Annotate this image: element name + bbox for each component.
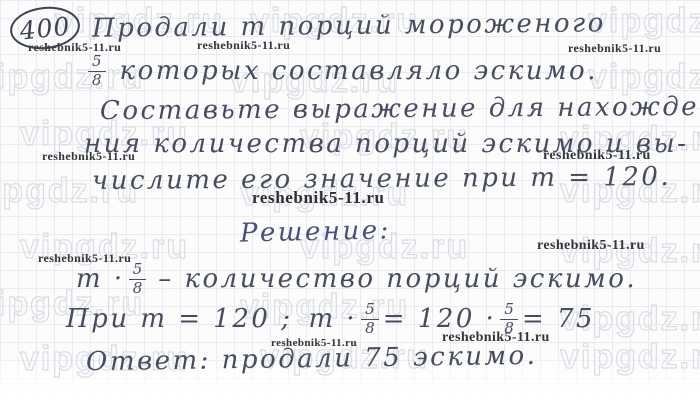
fraction-numerator: 5 [500,302,518,320]
solution-heading: Решение: [240,216,391,248]
calc-mid2: = 120 · [383,305,497,334]
calc-fraction-2: 5 8 [500,302,518,337]
calc-mid1: m · [308,305,357,334]
fraction-denominator: 8 [88,72,106,89]
problem-line-5: числите его значение при m = 120. [92,163,671,196]
site-watermark: reshebnik5-11.ru [537,238,645,254]
vipgdz-watermark: vipgdz.ru [560,338,700,377]
fraction-denominator: 8 [500,320,518,337]
problem-line-3: Составьте выражение для нахожде- [100,93,700,126]
expr-fraction: 5 8 [129,262,147,297]
fraction-numerator: 5 [129,262,147,280]
fraction-numerator: 5 [88,54,106,72]
problem-line-4: ния количества порций эскимо и вы- [84,130,688,159]
calc-result: = 75 [522,305,595,334]
calc-lead: При m = 120 ; [66,305,292,334]
fraction-numerator: 5 [361,302,379,320]
expr-tail: – количество порций эскимо. [158,265,637,294]
fraction-denominator: 8 [361,320,379,337]
problem-line-1: Продали m порций мороженого [92,9,606,43]
notebook-page: vipgdz.ruvipgdz.ruvipgdz.ruvipgdz.ruvipg… [0,0,700,417]
fraction-5-8: 5 8 [88,54,106,89]
calc-fraction-1: 5 8 [361,302,379,337]
problem-line-2: которых составляло эскимо. [120,57,598,86]
fraction-denominator: 8 [129,280,147,297]
answer-line: Ответ: продали 75 эскимо. [86,342,538,377]
expr-lead: m · [76,265,125,294]
